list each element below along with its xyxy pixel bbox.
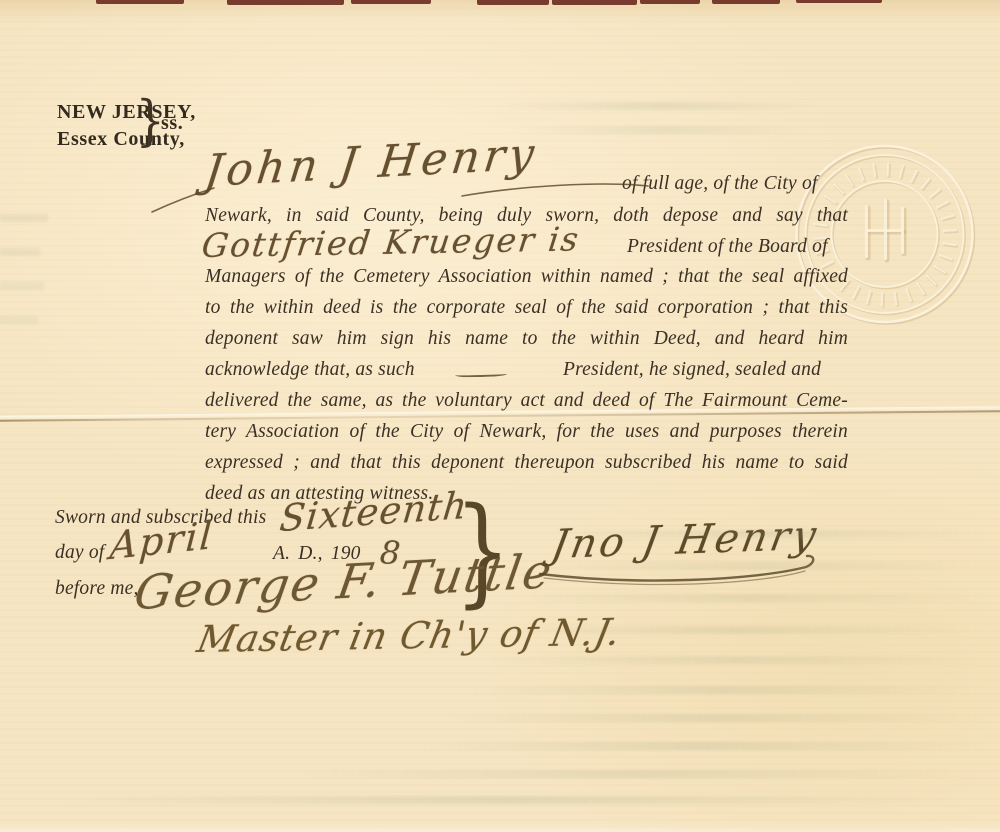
edge-mark xyxy=(640,0,700,4)
jurat-before-me: before me, xyxy=(55,577,139,601)
body-line-5: to the within deed is the corporate seal… xyxy=(205,296,848,320)
body-line-6: deponent saw him sign his name to the wi… xyxy=(205,327,848,351)
handwritten-notary-title: Master in Ch'y of N.J. xyxy=(194,611,625,662)
edge-mark xyxy=(96,0,184,4)
bleedthrough-line xyxy=(450,714,980,722)
body-line-3: President of the Board of xyxy=(627,235,828,259)
body-line-10: expressed ; and that this deponent there… xyxy=(205,451,848,475)
edge-mark xyxy=(796,0,882,3)
bleedthrough-line xyxy=(0,214,48,222)
bleedthrough-line xyxy=(520,594,980,602)
jurat-day-of: day of xyxy=(55,541,104,565)
body-line-7a: acknowledge that, as such xyxy=(205,358,415,382)
handwritten-deponent-name: John J Henry xyxy=(202,128,541,197)
bleedthrough-line xyxy=(0,316,38,324)
bleedthrough-line xyxy=(490,656,980,664)
bleedthrough-line xyxy=(500,102,820,110)
handwritten-witness-signature: Jno J Henry xyxy=(548,513,822,569)
edge-mark xyxy=(351,0,431,4)
bleedthrough-line xyxy=(470,686,980,694)
bleedthrough-line xyxy=(520,126,810,134)
handwritten-blank-dash xyxy=(455,370,507,377)
body-line-1: of full age, of the City of xyxy=(622,172,818,196)
edge-mark xyxy=(477,0,549,5)
bleedthrough-line xyxy=(300,770,980,778)
body-line-7b: President, he signed, sealed and xyxy=(563,358,821,382)
edge-mark xyxy=(227,0,344,5)
body-line-9: tery Association of the City of Newark, … xyxy=(205,420,848,444)
affidavit-document: NEW JERSEY, Essex County, } ss. of full xyxy=(0,0,1000,832)
bleedthrough-line xyxy=(0,248,40,256)
edge-mark xyxy=(552,0,637,5)
handwritten-president-name: Gottfried Krueger is xyxy=(200,219,583,265)
venue-ss: ss. xyxy=(161,111,183,135)
body-line-4: Managers of the Cemetery Association wit… xyxy=(205,265,848,289)
bleedthrough-line xyxy=(0,282,44,290)
edge-mark xyxy=(712,0,780,4)
bleedthrough-line xyxy=(60,796,960,804)
bleedthrough-line xyxy=(420,742,980,750)
